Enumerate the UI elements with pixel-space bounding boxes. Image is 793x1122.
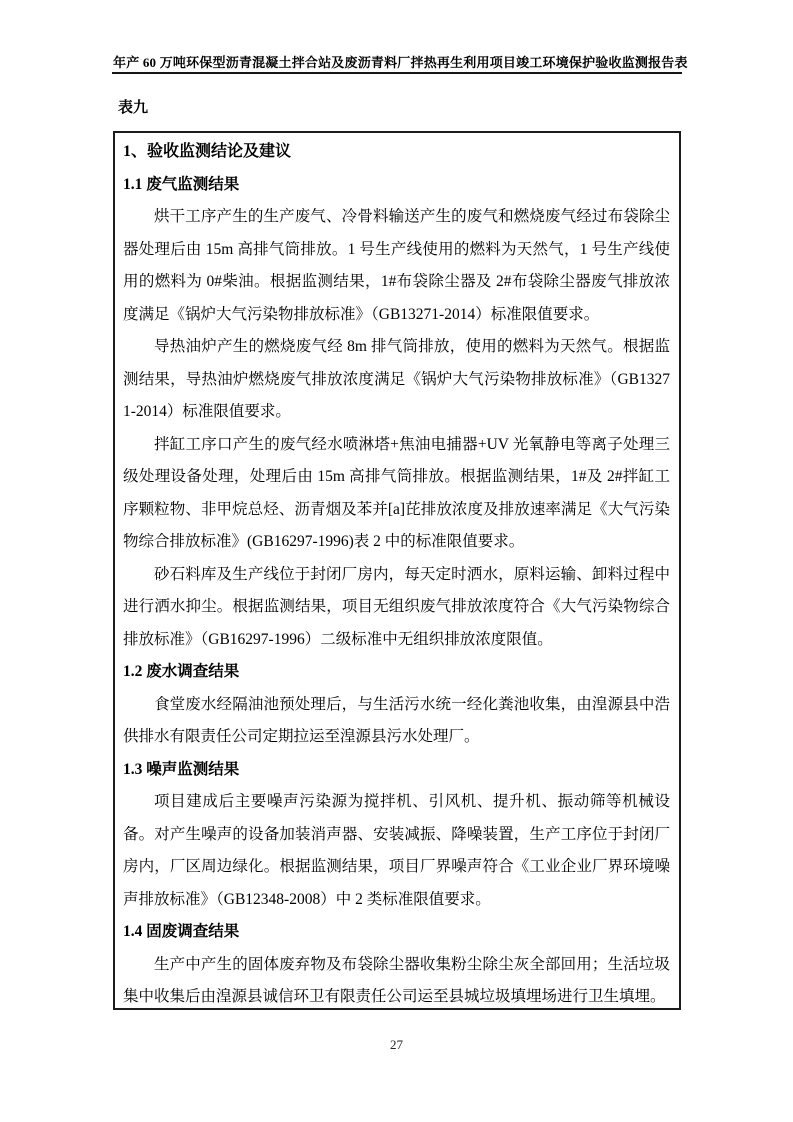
header-divider — [112, 72, 682, 74]
section-heading-noise: 1.3 噪声监测结果 — [123, 754, 670, 787]
paragraph: 生产中产生的固体废弃物及布袋除尘器收集粉尘除尘灰全部回用；生活垃圾集中收集后由湟… — [123, 949, 670, 1014]
section-heading-gas: 1.1 废气监测结果 — [123, 169, 670, 202]
paragraph: 项目建成后主要噪声污染源为搅拌机、引风机、提升机、振动筛等机械设备。对产生噪声的… — [123, 786, 670, 916]
document-page: 年产 60 万吨环保型沥青混凝土拌合站及废沥青料厂拌热再生利用项目竣工环境保护验… — [0, 0, 793, 1122]
section-title: 1、验收监测结论及建议 — [123, 136, 670, 169]
paragraph: 食堂废水经隔油池预处理后，与生活污水统一经化粪池收集，由湟源县中浩供排水有限责任… — [123, 689, 670, 754]
report-table: 1、验收监测结论及建议 1.1 废气监测结果 烘干工序产生的生产废气、冷骨料输送… — [113, 131, 681, 1010]
paragraph: 砂石料库及生产线位于封闭厂房内，每天定时洒水，原料运输、卸料过程中进行洒水抑尘。… — [123, 559, 670, 657]
page-number: 27 — [0, 1037, 793, 1053]
page-header-title: 年产 60 万吨环保型沥青混凝土拌合站及废沥青料厂拌热再生利用项目竣工环境保护验… — [113, 52, 681, 71]
section-heading-solid-waste: 1.4 固废调查结果 — [123, 916, 670, 949]
table-label: 表九 — [118, 96, 148, 117]
paragraph: 拌缸工序口产生的废气经水喷淋塔+焦油电捕器+UV 光氧静电等离子处理三级处理设备… — [123, 429, 670, 559]
paragraph: 导热油炉产生的燃烧废气经 8m 排气筒排放，使用的燃料为天然气。根据监测结果，导… — [123, 331, 670, 429]
section-heading-wastewater: 1.2 废水调查结果 — [123, 656, 670, 689]
paragraph: 烘干工序产生的生产废气、冷骨料输送产生的废气和燃烧废气经过布袋除尘器处理后由 1… — [123, 201, 670, 331]
